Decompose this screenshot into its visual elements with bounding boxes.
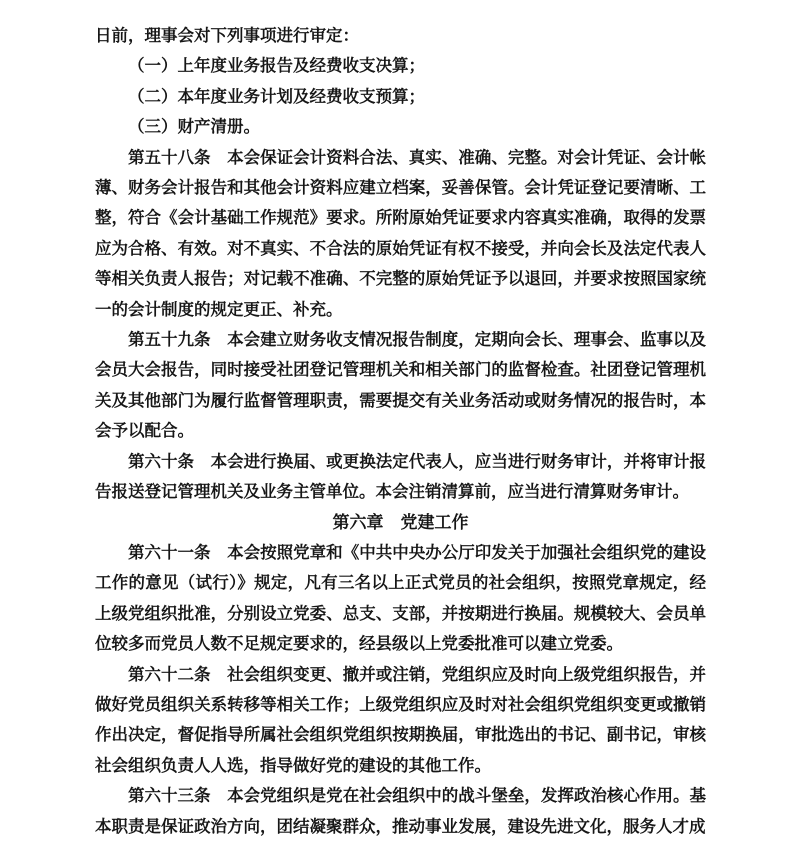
article-63: 第六十三条 本会党组织是党在社会组织中的战斗堡垒，发挥政治核心作用。基本职责是保… xyxy=(95,781,706,842)
article-59: 第五十九条 本会建立财务收支情况报告制度，定期向会长、理事会、监事以及会员大会报… xyxy=(95,325,706,447)
paragraph-continuation: 日前，理事会对下列事项进行审定： xyxy=(95,21,706,51)
document-page: 日前，理事会对下列事项进行审定： （一）上年度业务报告及经费收支决算； （二）本… xyxy=(0,0,800,858)
article-61: 第六十一条 本会按照党章和《中共中央办公厅印发关于加强社会组织党的建设工作的意见… xyxy=(95,538,706,660)
list-item-3: （三）财产清册。 xyxy=(95,112,706,142)
article-60: 第六十条 本会进行换届、或更换法定代表人，应当进行财务审计，并将审计报告报送登记… xyxy=(95,447,706,508)
article-62: 第六十二条 社会组织变更、撤并或注销，党组织应及时向上级党组织报告，并做好党员组… xyxy=(95,660,706,782)
list-item-2: （二）本年度业务计划及经费收支预算； xyxy=(95,82,706,112)
list-item-1: （一）上年度业务报告及经费收支决算； xyxy=(95,51,706,81)
chapter-6-heading: 第六章 党建工作 xyxy=(95,508,706,538)
article-58: 第五十八条 本会保证会计资料合法、真实、准确、完整。对会计凭证、会计帐薄、财务会… xyxy=(95,143,706,325)
